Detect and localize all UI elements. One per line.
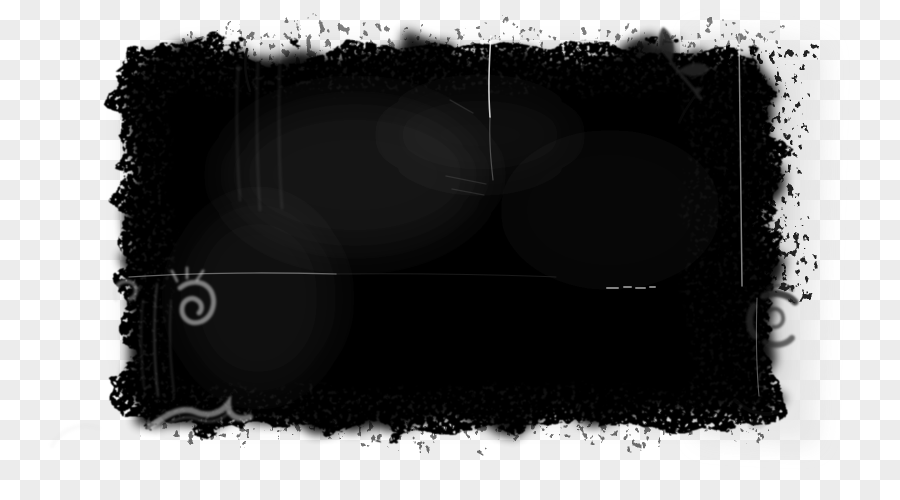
grunge-texture-image <box>0 0 900 500</box>
image-stage <box>0 0 900 500</box>
arc-bottom-left-faint <box>52 426 98 446</box>
branch-berry <box>695 87 701 93</box>
blob-spray-right <box>722 52 808 302</box>
cloud-mid-right <box>500 130 720 290</box>
cloud-mid-left <box>180 203 336 393</box>
